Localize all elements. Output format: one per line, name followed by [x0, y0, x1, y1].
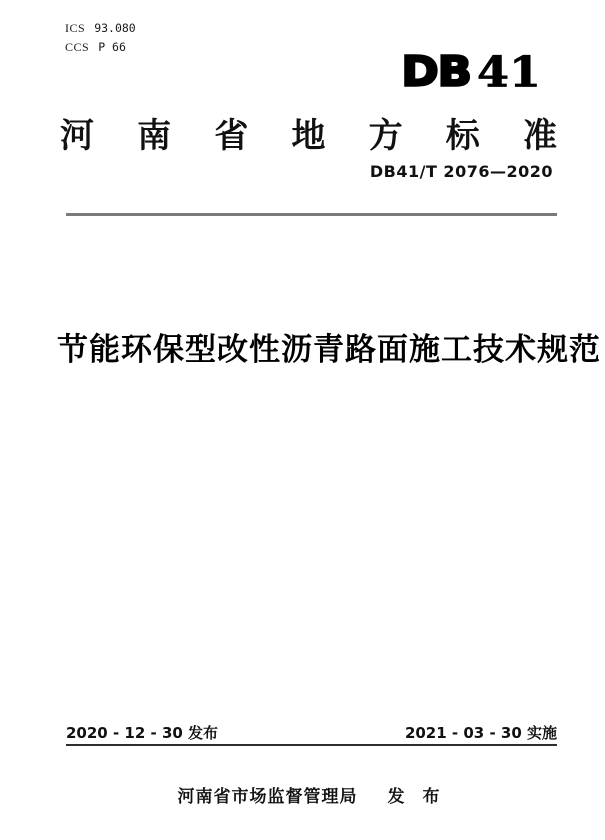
- standard-type-char: 南: [137, 108, 171, 157]
- publish-action-label: 发 布: [388, 782, 446, 807]
- standard-type-char: 标: [446, 108, 480, 157]
- footer-divider: [66, 744, 557, 746]
- classification-codes: ICS 93.080 CCS P 66: [65, 21, 136, 59]
- document-number: DB41/T 2076—2020: [370, 162, 553, 181]
- publisher-name: 河南省市场监督管理局: [178, 782, 358, 807]
- document-title: 节能环保型改性沥青路面施工技术规范: [57, 324, 548, 369]
- db41-logo: DB 41: [401, 50, 541, 90]
- ccs-code: CCS P 66: [65, 40, 136, 55]
- ccs-label: CCS: [65, 40, 89, 55]
- ics-value: 93.080: [94, 21, 136, 35]
- issue-date: 2020 - 12 - 30 发布: [66, 722, 218, 743]
- ccs-value: P 66: [98, 40, 126, 54]
- ics-label: ICS: [65, 21, 85, 36]
- standard-type-char: 省: [214, 108, 248, 157]
- publisher-row: 河南省市场监督管理局 发 布: [66, 782, 557, 807]
- implement-date: 2021 - 03 - 30 实施: [405, 722, 557, 743]
- standard-type-char: 河: [60, 108, 94, 157]
- db41-logo-number: 41: [477, 53, 541, 90]
- standard-type-char: 地: [291, 108, 325, 157]
- standard-type-char: 准: [523, 108, 557, 157]
- ics-code: ICS 93.080: [65, 21, 136, 36]
- header-divider: [66, 213, 557, 216]
- dates-row: 2020 - 12 - 30 发布 2021 - 03 - 30 实施: [66, 722, 557, 743]
- standard-type-char: 方: [369, 108, 403, 157]
- standard-cover-page: ICS 93.080 CCS P 66 DB 41 河 南 省 地 方 标 准 …: [0, 0, 605, 840]
- standard-type-heading: 河 南 省 地 方 标 准: [60, 108, 557, 157]
- db41-logo-prefix: DB: [401, 53, 471, 90]
